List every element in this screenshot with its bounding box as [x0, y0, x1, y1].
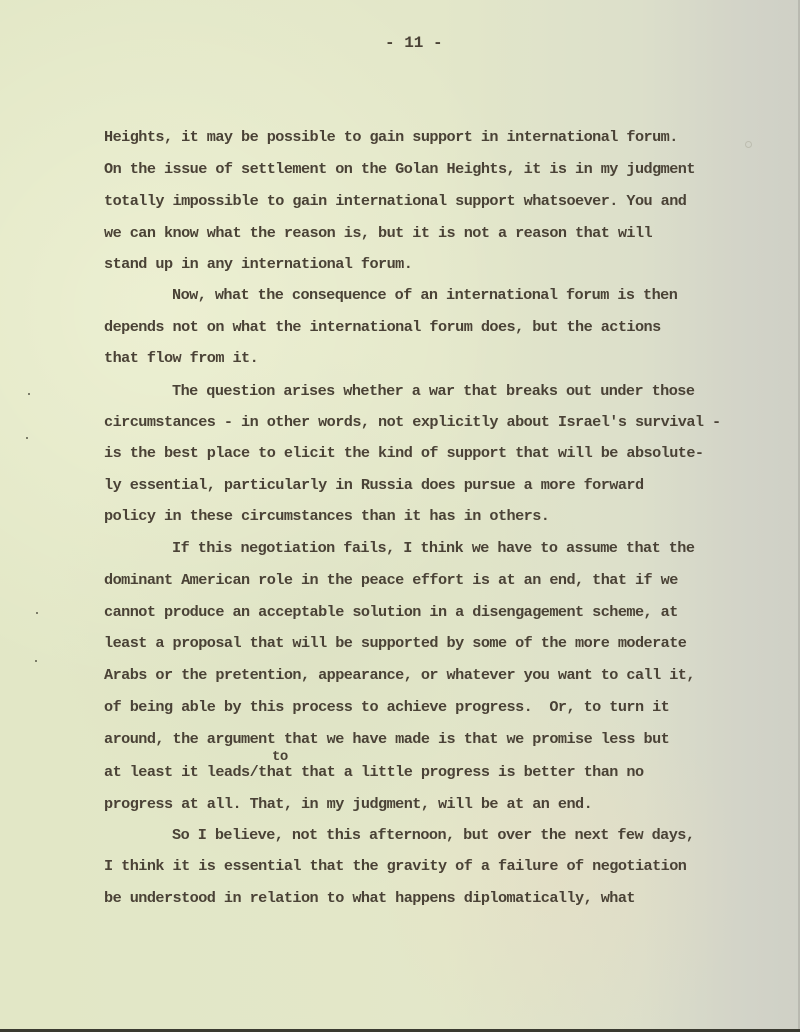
text-line: Arabs or the pretention, appearance, or … [104, 666, 695, 684]
text-line: depends not on what the international fo… [104, 318, 661, 336]
text-line: progress at all. That, in my judgment, w… [104, 795, 592, 813]
text-line: I think it is essential that the gravity… [104, 857, 686, 875]
text-line: is the best place to elicit the kind of … [104, 444, 703, 462]
paragraph-start-line: If this negotiation fails, I think we ha… [172, 539, 694, 557]
text-line: least a proposal that will be supported … [104, 634, 686, 652]
text-line: of being able by this process to achieve… [104, 698, 669, 716]
margin-speck [26, 437, 28, 439]
text-line: dominant American role in the peace effo… [104, 571, 678, 589]
margin-speck [35, 660, 37, 662]
text-line: be understood in relation to what happen… [104, 889, 635, 907]
text-line: stand up in any international forum. [104, 255, 412, 273]
text-line: ly essential, particularly in Russia doe… [104, 476, 644, 494]
text-line: cannot produce an acceptable solution in… [104, 603, 678, 621]
document-page: - 11 - Heights, it may be possible to ga… [0, 0, 800, 1032]
text-line: On the issue of settlement on the Golan … [104, 160, 695, 178]
text-line: policy in these circumstances than it ha… [104, 507, 549, 525]
paragraph-start-line: So I believe, not this afternoon, but ov… [172, 826, 694, 844]
margin-speck [28, 393, 30, 395]
text-line: at least it leads/that that a little pro… [104, 763, 644, 781]
page-number: - 11 - [385, 34, 443, 52]
paragraph-start-line: Now, what the consequence of an internat… [172, 286, 677, 304]
text-line: we can know what the reason is, but it i… [104, 224, 652, 242]
stray-circle-mark [745, 141, 752, 148]
paragraph-start-line: The question arises whether a war that b… [172, 382, 694, 400]
text-line: Heights, it may be possible to gain supp… [104, 128, 678, 146]
margin-speck [36, 612, 38, 614]
text-line: that flow from it. [104, 349, 258, 367]
text-line: totally impossible to gain international… [104, 192, 686, 210]
text-line: circumstances - in other words, not expl… [104, 413, 721, 431]
text-line: around, the argument that we have made i… [104, 730, 669, 748]
